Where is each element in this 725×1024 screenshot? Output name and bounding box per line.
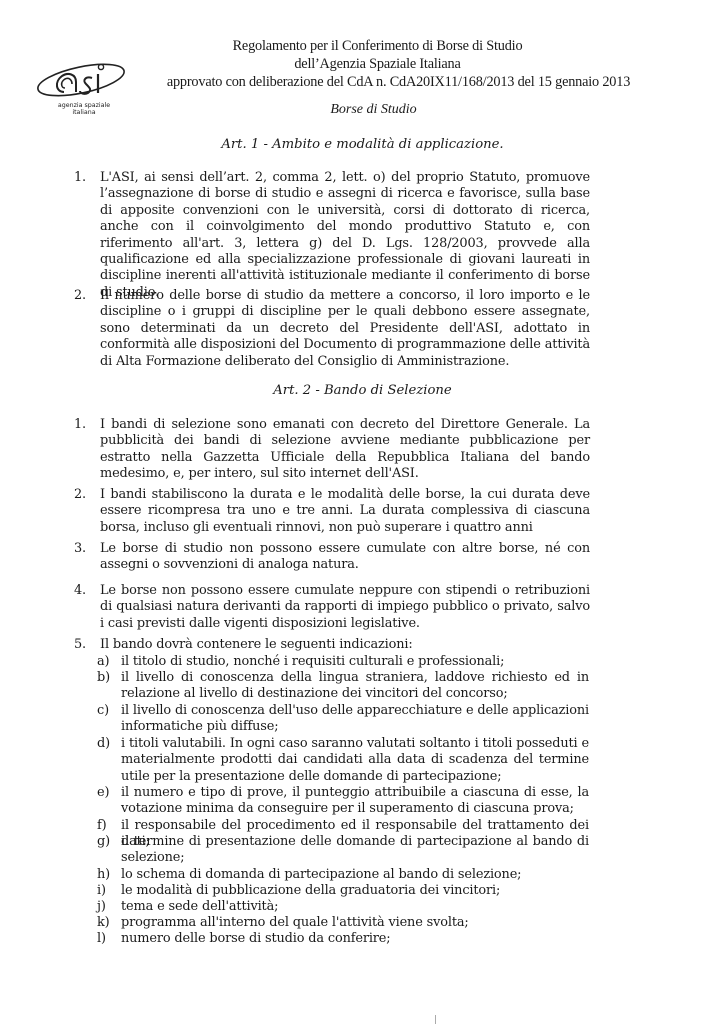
item-number: 4. — [74, 583, 86, 599]
subitem-letter: g) — [97, 834, 110, 850]
subitem-letter: c) — [97, 703, 109, 719]
subitem-g: g) il termine di presentazione delle dom… — [121, 834, 589, 867]
subitem-letter: f) — [97, 818, 107, 834]
header-title: Regolamento per il Conferimento di Borse… — [15, 38, 725, 55]
subitem-text: il termine di presentazione delle domand… — [121, 834, 589, 865]
subitem-c: c) il livello di conoscenza dell'uso del… — [121, 703, 589, 736]
subitem-letter: h) — [97, 867, 110, 883]
item-text: L'ASI, ai sensi dell’art. 2, comma 2, le… — [100, 170, 590, 300]
article-2-item-5: 5. Il bando dovrà contenere le seguenti … — [100, 637, 590, 653]
subitem-b: b) il livello di conoscenza della lingua… — [121, 670, 589, 703]
subitem-l: l) numero delle borse di studio da confe… — [121, 931, 589, 947]
subitem-text: il livello di conoscenza della lingua st… — [121, 670, 589, 701]
item-text: I bandi stabiliscono la durata e le moda… — [100, 487, 590, 535]
item-number: 2. — [74, 288, 86, 304]
subitem-a: a) il titolo di studio, nonché i requisi… — [121, 654, 589, 670]
article-1-item-2: 2. Il numero delle borse di studio da me… — [100, 288, 590, 370]
subitem-text: lo schema di domanda di partecipazione a… — [121, 867, 521, 882]
item-text: Le borse di studio non possono essere cu… — [100, 541, 590, 572]
article-2-item-4: 4. Le borse non possono essere cumulate … — [100, 583, 590, 632]
item-number: 2. — [74, 487, 86, 503]
subitem-h: h) lo schema di domanda di partecipazion… — [121, 867, 589, 883]
subitem-letter: i) — [97, 883, 106, 899]
article-2-title: Art. 2 - Bando di Selezione — [0, 383, 725, 398]
subitem-i: i) le modalità di pubblicazione della gr… — [121, 883, 589, 899]
item-text: Il bando dovrà contenere le seguenti ind… — [100, 637, 413, 652]
subitem-text: il titolo di studio, nonché i requisiti … — [121, 654, 504, 669]
article-1-title: Art. 1 - Ambito e modalità di applicazio… — [0, 137, 725, 152]
subitem-text: programma all'interno del quale l'attivi… — [121, 915, 469, 930]
scan-artifact — [435, 1015, 436, 1024]
subitem-text: i titoli valutabili. In ogni caso sarann… — [121, 736, 589, 784]
subitem-text: il numero e tipo di prove, il punteggio … — [121, 785, 589, 816]
header-approval: approvato con deliberazione del CdA n. C… — [36, 74, 725, 91]
subitem-d: d) i titoli valutabili. In ogni caso sar… — [121, 736, 589, 785]
subitem-text: il livello di conoscenza dell'uso delle … — [121, 703, 589, 734]
subitem-letter: k) — [97, 915, 110, 931]
subitem-j: j) tema e sede dell'attività; — [121, 899, 589, 915]
subitem-k: k) programma all'interno del quale l'att… — [121, 915, 589, 931]
subitem-letter: l) — [97, 931, 106, 947]
subitem-text: tema e sede dell'attività; — [121, 899, 278, 914]
item-number: 3. — [74, 541, 86, 557]
item-text: Il numero delle borse di studio da mette… — [100, 288, 590, 369]
item-number: 1. — [74, 417, 86, 433]
subitem-e: e) il numero e tipo di prove, il puntegg… — [121, 785, 589, 818]
subitem-letter: e) — [97, 785, 109, 801]
subitem-text: le modalità di pubblicazione della gradu… — [121, 883, 500, 898]
subitem-letter: b) — [97, 670, 110, 686]
article-1-item-1: 1. L'ASI, ai sensi dell’art. 2, comma 2,… — [100, 170, 590, 301]
item-number: 5. — [74, 637, 86, 653]
subitem-letter: a) — [97, 654, 109, 670]
article-2-item-2: 2. I bandi stabiliscono la durata e le m… — [100, 487, 590, 536]
article-2-item-1: 1. I bandi di selezione sono emanati con… — [100, 417, 590, 483]
item-text: I bandi di selezione sono emanati con de… — [100, 417, 590, 481]
asi-logo-icon — [34, 58, 134, 102]
subitem-text: numero delle borse di studio da conferir… — [121, 931, 390, 946]
document-subtitle: Borse di Studio — [0, 102, 725, 118]
article-2-item-3: 3. Le borse di studio non possono essere… — [100, 541, 590, 574]
item-text: Le borse non possono essere cumulate nep… — [100, 583, 590, 631]
item-number: 1. — [74, 170, 86, 186]
subitem-letter: j) — [97, 899, 106, 915]
subitem-letter: d) — [97, 736, 110, 752]
